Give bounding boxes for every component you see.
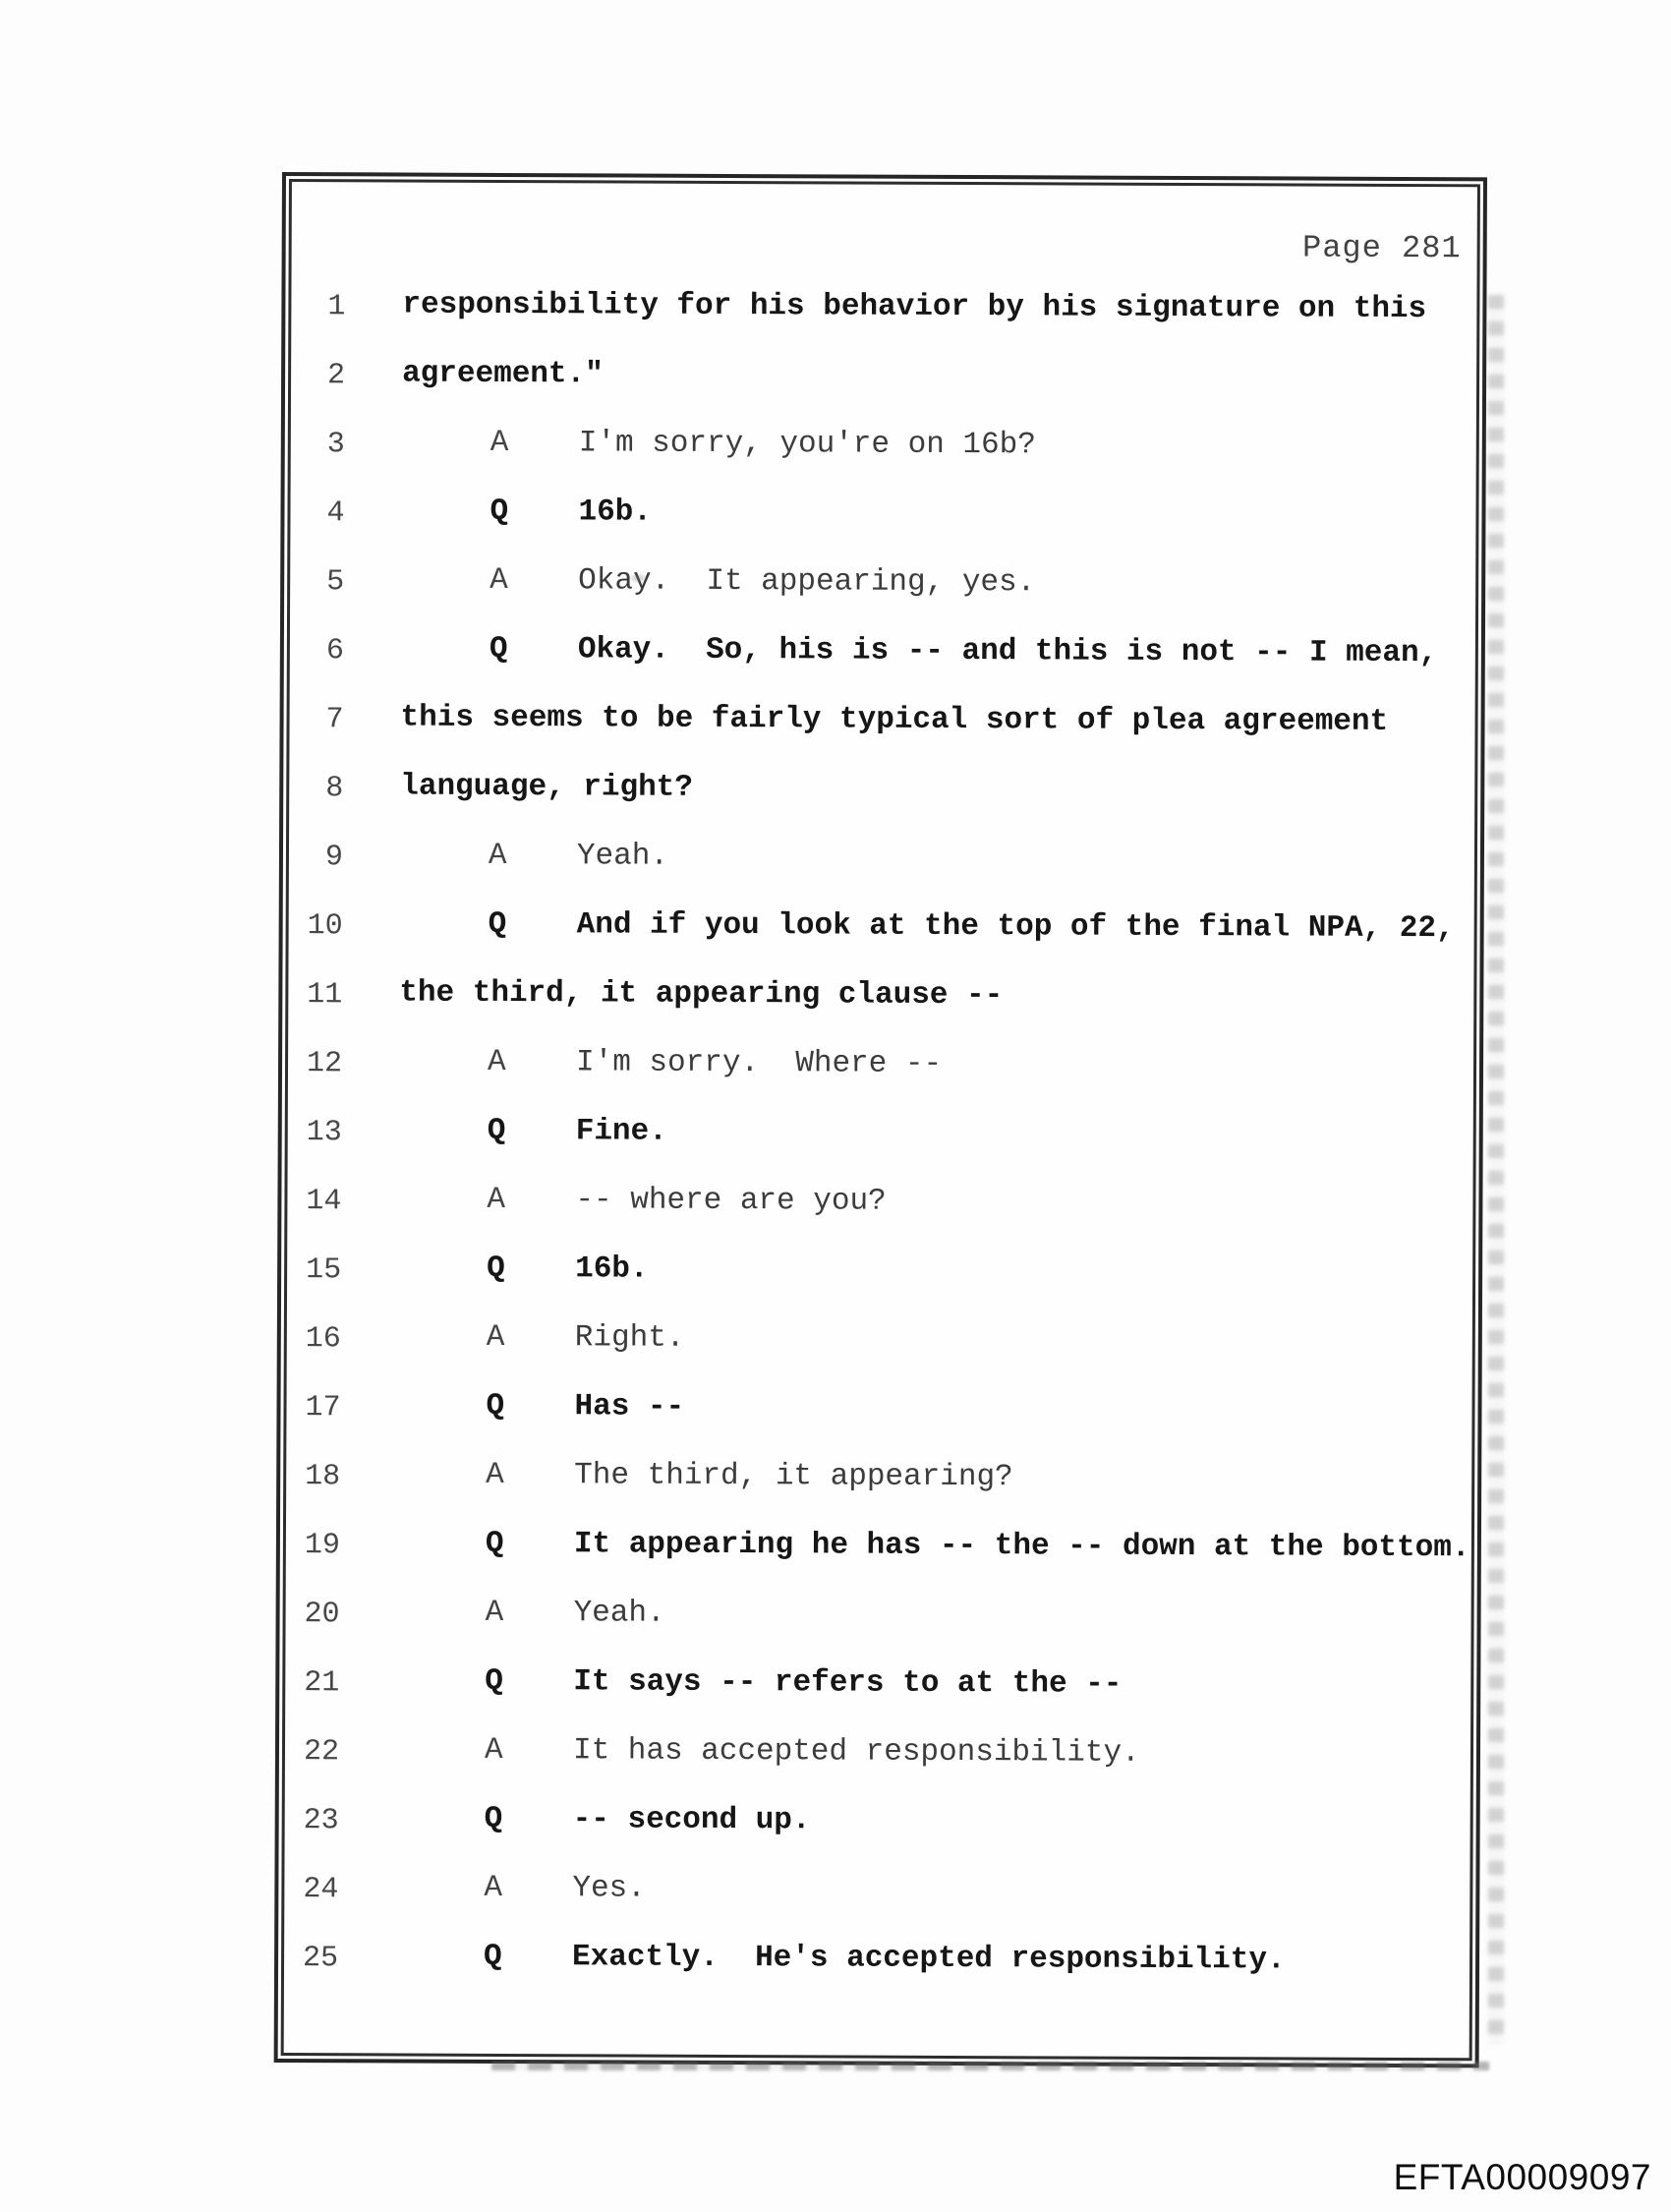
speaker-label: A: [489, 837, 507, 876]
transcript-line: 12 A I'm sorry. Where --: [282, 1042, 1479, 1116]
transcript-line: 15 Q 16b.: [281, 1249, 1478, 1322]
speaker-label: A: [484, 1869, 502, 1908]
scan-shadow-bottom-edge: [491, 2062, 1489, 2070]
speaker-label: Q: [489, 905, 507, 945]
line-number: 15: [281, 1251, 341, 1290]
line-number: 14: [281, 1182, 341, 1221]
line-number: 7: [283, 700, 343, 739]
line-text: -- where are you?: [575, 1181, 886, 1221]
line-text: Yeah.: [577, 837, 668, 876]
speaker-label: Q: [490, 630, 508, 669]
transcript-line: 11 the third, it appearing clause --: [282, 973, 1479, 1047]
line-text: It appearing he has -- the -- down at th…: [574, 1525, 1470, 1568]
line-number: 13: [282, 1113, 342, 1152]
transcript-line: 9 A Yeah.: [283, 836, 1480, 909]
transcript-line: 5 A Okay. It appearing, yes.: [284, 560, 1481, 634]
line-text: The third, it appearing?: [574, 1456, 1013, 1497]
line-number: 9: [283, 838, 343, 877]
line-text: It has accepted responsibility.: [573, 1731, 1140, 1774]
line-text: I'm sorry. Where --: [576, 1043, 942, 1084]
line-number: 16: [281, 1319, 341, 1359]
speaker-label: Q: [486, 1525, 504, 1564]
scan-smudge-artifact: [628, 573, 648, 584]
speaker-label: Q: [487, 1250, 505, 1289]
transcript-line: 21 Q It says -- refers to at the --: [279, 1661, 1476, 1735]
transcript-line: 7 this seems to be fairly typical sort o…: [283, 698, 1480, 772]
transcript-line: 2 agreement.": [285, 354, 1482, 428]
transcript-line: 25 Q Exactly. He's accepted responsibili…: [278, 1937, 1475, 2010]
speaker-label: A: [485, 1731, 503, 1771]
line-text: Exactly. He's accepted responsibility.: [572, 1938, 1286, 1980]
line-number: 19: [280, 1526, 340, 1565]
speaker-label: A: [487, 1318, 505, 1358]
speaker-label: Q: [484, 1938, 502, 1977]
line-number: 17: [280, 1388, 340, 1427]
line-number: 10: [283, 906, 343, 946]
line-text: Fine.: [576, 1112, 667, 1151]
transcript-line: 3 A I'm sorry, you're on 16b?: [285, 423, 1482, 496]
line-text: Okay. So, his is -- and this is not -- I…: [578, 630, 1438, 673]
transcript-line: 1 responsibility for his behavior by his…: [285, 285, 1482, 359]
speaker-label: A: [488, 1043, 506, 1082]
line-number: 6: [284, 631, 344, 670]
scanned-transcript-page: Page 281 1 responsibility for his behavi…: [0, 0, 1671, 2212]
transcript-line: 14 A -- where are you?: [281, 1180, 1478, 1253]
transcript-line: 22 A It has accepted responsibility.: [279, 1730, 1476, 1804]
speaker-label: A: [490, 561, 508, 601]
transcript-lines: 1 responsibility for his behavior by his…: [278, 176, 1483, 2064]
line-text: I'm sorry, you're on 16b?: [579, 424, 1036, 465]
line-text: Right.: [575, 1318, 685, 1358]
transcript-line: 18 A The third, it appearing?: [280, 1455, 1477, 1529]
transcript-line: 8 language, right?: [283, 767, 1480, 841]
speaker-label: A: [486, 1594, 504, 1633]
line-number: 2: [285, 356, 345, 395]
line-text: 16b.: [578, 493, 652, 532]
transcript-line: 10 Q And if you look at the top of the f…: [282, 904, 1479, 978]
line-text: It says -- refers to at the --: [573, 1662, 1122, 1704]
line-number: 1: [285, 287, 345, 326]
line-number: 18: [280, 1457, 340, 1496]
line-text: the third, it appearing clause --: [399, 974, 1003, 1017]
line-text: 16b.: [575, 1250, 649, 1289]
transcript-line: 6 Q Okay. So, his is -- and this is not …: [284, 629, 1481, 703]
transcript-frame: Page 281 1 responsibility for his behavi…: [274, 172, 1487, 2067]
speaker-label: Q: [485, 1662, 503, 1702]
line-number: 24: [278, 1870, 338, 1909]
transcript-line: 13 Q Fine.: [282, 1111, 1479, 1185]
speaker-label: Q: [485, 1800, 503, 1839]
transcript-line: 24 A Yes.: [278, 1868, 1475, 1942]
speaker-label: Q: [490, 493, 508, 532]
line-text: responsibility for his behavior by his s…: [402, 286, 1426, 330]
transcript-line: 20 A Yeah.: [279, 1593, 1476, 1666]
transcript-line: 17 Q Has --: [280, 1386, 1477, 1460]
line-text: language, right?: [400, 768, 693, 808]
line-number: 25: [278, 1939, 338, 1978]
line-number: 22: [279, 1732, 339, 1772]
speaker-label: Q: [488, 1112, 506, 1151]
line-number: 23: [279, 1801, 339, 1840]
transcript-line: 19 Q It appearing he has -- the -- down …: [280, 1524, 1477, 1598]
line-text: -- second up.: [573, 1800, 811, 1840]
line-number: 21: [279, 1663, 339, 1703]
speaker-label: A: [486, 1456, 504, 1495]
line-text: Yes.: [572, 1869, 646, 1908]
speaker-label: A: [490, 424, 509, 463]
transcript-line: 4 Q 16b.: [284, 492, 1481, 565]
line-number: 5: [284, 562, 344, 602]
transcript-line: 23 Q -- second up.: [278, 1799, 1475, 1873]
scan-shadow-right-edge: [1488, 295, 1504, 2045]
line-text: Yeah.: [574, 1594, 665, 1633]
line-number: 11: [282, 975, 342, 1015]
line-text: this seems to be fairly typical sort of …: [400, 699, 1388, 742]
speaker-label: Q: [486, 1387, 504, 1426]
line-number: 8: [283, 769, 343, 808]
line-number: 3: [285, 425, 345, 464]
line-number: 20: [280, 1595, 340, 1634]
line-text: Has --: [574, 1387, 684, 1426]
bates-stamp: EFTA00009097: [1394, 2157, 1651, 2198]
line-number: 4: [284, 494, 344, 533]
line-number: 12: [282, 1044, 342, 1083]
transcript-line: 16 A Right.: [281, 1317, 1478, 1391]
line-text: agreement.": [402, 355, 604, 395]
speaker-label: A: [487, 1181, 505, 1220]
line-text: And if you look at the top of the final …: [577, 905, 1455, 949]
